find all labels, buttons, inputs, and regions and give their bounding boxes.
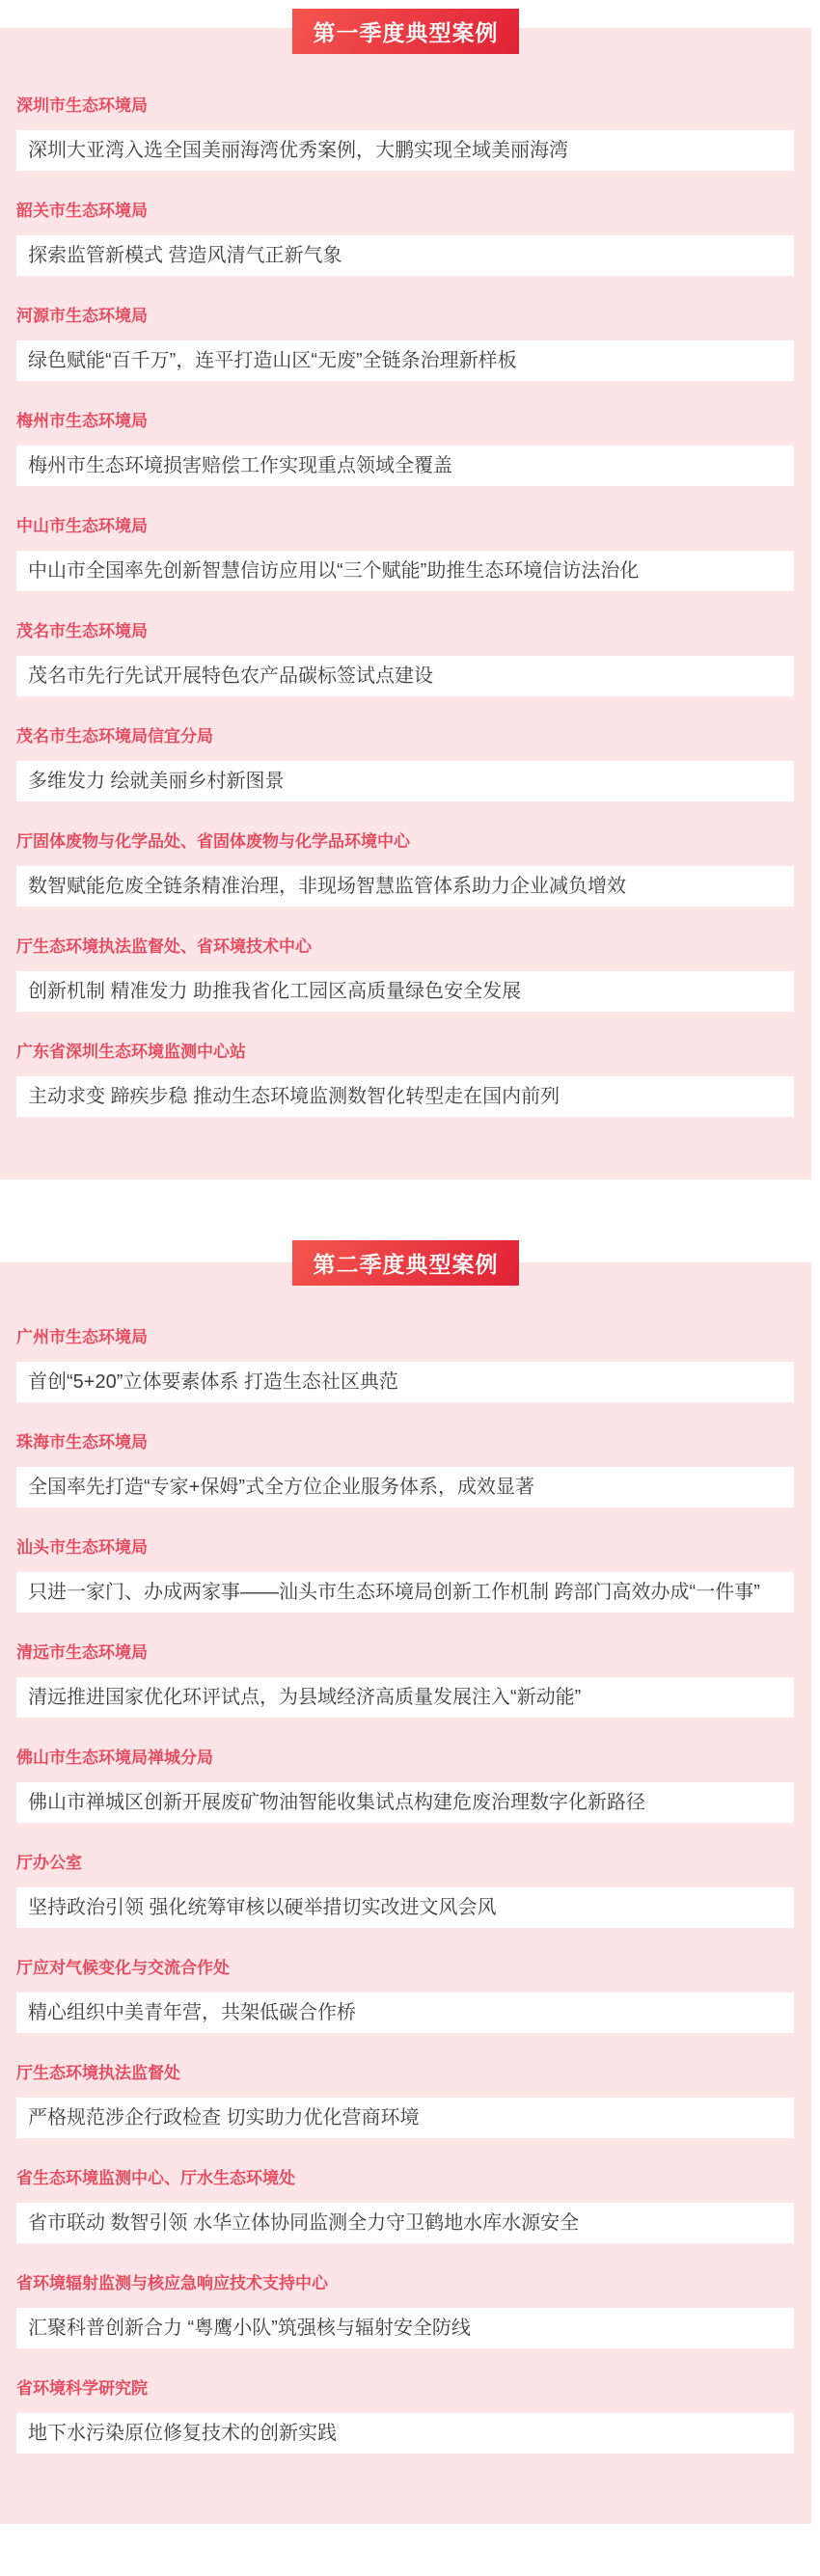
q2-banner: 第二季度典型案例 — [292, 1240, 519, 1286]
case-item: 厅固体废物与化学品处、省固体废物与化学品环境中心 数智赋能危废全链条精准治理，非… — [0, 830, 811, 907]
case-title-card[interactable]: 茂名市先行先试开展特色农产品碳标签试点建设 — [16, 656, 794, 696]
case-item: 河源市生态环境局 绿色赋能“百千万”，连平打造山区“无废”全链条治理新样板 — [0, 305, 811, 381]
case-item: 广东省深圳生态环境监测中心站 主动求变 蹄疾步稳 推动生态环境监测数智化转型走在… — [0, 1041, 811, 1117]
case-org-label: 省环境科学研究院 — [16, 2377, 794, 2400]
case-title-card[interactable]: 创新机制 精准发力 助推我省化工园区高质量绿色安全发展 — [16, 971, 794, 1012]
case-title-card[interactable]: 探索监管新模式 营造风清气正新气象 — [16, 235, 794, 276]
case-title-text: 省市联动 数智引领 水华立体协同监测全力守卫鹤地水库水源安全 — [28, 2210, 782, 2237]
case-title-text: 汇聚科普创新合力 “粤鹰小队”筑强核与辐射安全防线 — [28, 2315, 782, 2342]
case-org-label: 梅州市生态环境局 — [16, 410, 794, 433]
case-title-card[interactable]: 清远推进国家优化环评试点，为县域经济高质量发展注入“新动能” — [16, 1677, 794, 1718]
case-title-card[interactable]: 地下水污染原位修复技术的创新实践 — [16, 2413, 794, 2454]
case-item: 茂名市生态环境局信宜分局 多维发力 绘就美丽乡村新图景 — [0, 725, 811, 801]
quarter-section-q1: 第一季度典型案例 深圳市生态环境局 深圳大亚湾入选全国美丽海湾优秀案例，大鹏实现… — [0, 28, 811, 1180]
case-title-text: 茂名市先行先试开展特色农产品碳标签试点建设 — [28, 663, 782, 690]
case-item: 茂名市生态环境局 茂名市先行先试开展特色农产品碳标签试点建设 — [0, 620, 811, 696]
case-item: 厅应对气候变化与交流合作处 精心组织中美青年营，共架低碳合作桥 — [0, 1957, 811, 2033]
case-title-text: 佛山市禅城区创新开展废矿物油智能收集试点构建危废治理数字化新路径 — [28, 1789, 782, 1816]
case-title-text: 梅州市生态环境损害赔偿工作实现重点领域全覆盖 — [28, 452, 782, 479]
case-title-text: 只进一家门、办成两家事——汕头市生态环境局创新工作机制 跨部门高效办成“一件事” — [28, 1579, 782, 1606]
case-org-label: 厅生态环境执法监督处、省环境技术中心 — [16, 935, 794, 959]
case-title-text: 精心组织中美青年营，共架低碳合作桥 — [28, 1999, 782, 2026]
case-item: 梅州市生态环境局 梅州市生态环境损害赔偿工作实现重点领域全覆盖 — [0, 410, 811, 486]
case-title-text: 首创“5+20”立体要素体系 打造生态社区典范 — [28, 1369, 782, 1396]
case-org-label: 韶关市生态环境局 — [16, 200, 794, 223]
case-title-card[interactable]: 数智赋能危废全链条精准治理，非现场智慧监管体系助力企业减负增效 — [16, 866, 794, 907]
case-title-card[interactable]: 省市联动 数智引领 水华立体协同监测全力守卫鹤地水库水源安全 — [16, 2203, 794, 2243]
case-item: 省生态环境监测中心、厅水生态环境处 省市联动 数智引领 水华立体协同监测全力守卫… — [0, 2167, 811, 2243]
case-title-text: 深圳大亚湾入选全国美丽海湾优秀案例，大鹏实现全域美丽海湾 — [28, 137, 782, 164]
case-title-card[interactable]: 首创“5+20”立体要素体系 打造生态社区典范 — [16, 1362, 794, 1402]
case-org-label: 茂名市生态环境局信宜分局 — [16, 725, 794, 748]
case-title-text: 创新机制 精准发力 助推我省化工园区高质量绿色安全发展 — [28, 978, 782, 1005]
case-title-text: 多维发力 绘就美丽乡村新图景 — [28, 768, 782, 795]
case-org-label: 广州市生态环境局 — [16, 1326, 794, 1349]
case-title-text: 主动求变 蹄疾步稳 推动生态环境监测数智化转型走在国内前列 — [28, 1083, 782, 1110]
case-title-card[interactable]: 坚持政治引领 强化统筹审核以硬举措切实改进文风会风 — [16, 1887, 794, 1928]
case-title-text: 数智赋能危废全链条精准治理，非现场智慧监管体系助力企业减负增效 — [28, 873, 782, 900]
q1-banner: 第一季度典型案例 — [292, 9, 519, 54]
case-item: 厅生态环境执法监督处 严格规范涉企行政检查 切实助力优化营商环境 — [0, 2062, 811, 2138]
quarter-section-q2: 第二季度典型案例 广州市生态环境局 首创“5+20”立体要素体系 打造生态社区典… — [0, 1262, 811, 2524]
case-title-card[interactable]: 只进一家门、办成两家事——汕头市生态环境局创新工作机制 跨部门高效办成“一件事” — [16, 1572, 794, 1613]
case-org-label: 茂名市生态环境局 — [16, 620, 794, 643]
case-title-card[interactable]: 严格规范涉企行政检查 切实助力优化营商环境 — [16, 2098, 794, 2138]
case-item: 深圳市生态环境局 深圳大亚湾入选全国美丽海湾优秀案例，大鹏实现全域美丽海湾 — [0, 95, 811, 171]
case-title-text: 探索监管新模式 营造风清气正新气象 — [28, 242, 782, 269]
case-org-label: 省生态环境监测中心、厅水生态环境处 — [16, 2167, 794, 2190]
case-org-label: 厅生态环境执法监督处 — [16, 2062, 794, 2085]
case-list: 广州市生态环境局 首创“5+20”立体要素体系 打造生态社区典范 珠海市生态环境… — [0, 1326, 811, 2454]
case-item: 广州市生态环境局 首创“5+20”立体要素体系 打造生态社区典范 — [0, 1326, 811, 1402]
case-title-card[interactable]: 梅州市生态环境损害赔偿工作实现重点领域全覆盖 — [16, 446, 794, 486]
case-org-label: 珠海市生态环境局 — [16, 1431, 794, 1454]
case-org-label: 清远市生态环境局 — [16, 1641, 794, 1665]
case-org-label: 广东省深圳生态环境监测中心站 — [16, 1041, 794, 1064]
case-title-text: 清远推进国家优化环评试点，为县域经济高质量发展注入“新动能” — [28, 1684, 782, 1711]
case-title-card[interactable]: 主动求变 蹄疾步稳 推动生态环境监测数智化转型走在国内前列 — [16, 1076, 794, 1117]
case-title-card[interactable]: 多维发力 绘就美丽乡村新图景 — [16, 761, 794, 801]
case-org-label: 河源市生态环境局 — [16, 305, 794, 328]
case-org-label: 中山市生态环境局 — [16, 515, 794, 538]
case-item: 汕头市生态环境局 只进一家门、办成两家事——汕头市生态环境局创新工作机制 跨部门… — [0, 1536, 811, 1613]
case-title-card[interactable]: 汇聚科普创新合力 “粤鹰小队”筑强核与辐射安全防线 — [16, 2308, 794, 2348]
q2-banner-label: 第二季度典型案例 — [314, 1247, 499, 1279]
case-title-card[interactable]: 绿色赋能“百千万”，连平打造山区“无废”全链条治理新样板 — [16, 340, 794, 381]
case-title-text: 严格规范涉企行政检查 切实助力优化营商环境 — [28, 2104, 782, 2131]
case-title-text: 地下水污染原位修复技术的创新实践 — [28, 2420, 782, 2447]
case-item: 厅办公室 坚持政治引领 强化统筹审核以硬举措切实改进文风会风 — [0, 1852, 811, 1928]
case-org-label: 深圳市生态环境局 — [16, 95, 794, 118]
case-org-label: 汕头市生态环境局 — [16, 1536, 794, 1559]
case-title-card[interactable]: 全国率先打造“专家+保姆”式全方位企业服务体系，成效显著 — [16, 1467, 794, 1507]
case-title-card[interactable]: 深圳大亚湾入选全国美丽海湾优秀案例，大鹏实现全域美丽海湾 — [16, 130, 794, 171]
case-org-label: 省环境辐射监测与核应急响应技术支持中心 — [16, 2272, 794, 2295]
case-item: 省环境科学研究院 地下水污染原位修复技术的创新实践 — [0, 2377, 811, 2454]
case-item: 韶关市生态环境局 探索监管新模式 营造风清气正新气象 — [0, 200, 811, 276]
case-title-card[interactable]: 精心组织中美青年营，共架低碳合作桥 — [16, 1993, 794, 2033]
q1-banner-label: 第一季度典型案例 — [314, 15, 499, 47]
case-title-text: 中山市全国率先创新智慧信访应用以“三个赋能”助推生态环境信访法治化 — [28, 557, 782, 584]
case-org-label: 厅固体废物与化学品处、省固体废物与化学品环境中心 — [16, 830, 794, 854]
case-item: 中山市生态环境局 中山市全国率先创新智慧信访应用以“三个赋能”助推生态环境信访法… — [0, 515, 811, 591]
case-list: 深圳市生态环境局 深圳大亚湾入选全国美丽海湾优秀案例，大鹏实现全域美丽海湾 韶关… — [0, 95, 811, 1117]
case-item: 珠海市生态环境局 全国率先打造“专家+保姆”式全方位企业服务体系，成效显著 — [0, 1431, 811, 1507]
case-item: 厅生态环境执法监督处、省环境技术中心 创新机制 精准发力 助推我省化工园区高质量… — [0, 935, 811, 1012]
case-org-label: 厅办公室 — [16, 1852, 794, 1875]
case-title-card[interactable]: 佛山市禅城区创新开展废矿物油智能收集试点构建危废治理数字化新路径 — [16, 1782, 794, 1823]
case-org-label: 厅应对气候变化与交流合作处 — [16, 1957, 794, 1980]
case-item: 清远市生态环境局 清远推进国家优化环评试点，为县域经济高质量发展注入“新动能” — [0, 1641, 811, 1718]
case-title-text: 绿色赋能“百千万”，连平打造山区“无废”全链条治理新样板 — [28, 347, 782, 374]
case-title-text: 坚持政治引领 强化统筹审核以硬举措切实改进文风会风 — [28, 1894, 782, 1921]
case-title-text: 全国率先打造“专家+保姆”式全方位企业服务体系，成效显著 — [28, 1474, 782, 1501]
case-item: 佛山市生态环境局禅城分局 佛山市禅城区创新开展废矿物油智能收集试点构建危废治理数… — [0, 1747, 811, 1823]
case-item: 省环境辐射监测与核应急响应技术支持中心 汇聚科普创新合力 “粤鹰小队”筑强核与辐… — [0, 2272, 811, 2348]
case-title-card[interactable]: 中山市全国率先创新智慧信访应用以“三个赋能”助推生态环境信访法治化 — [16, 551, 794, 591]
case-org-label: 佛山市生态环境局禅城分局 — [16, 1747, 794, 1770]
